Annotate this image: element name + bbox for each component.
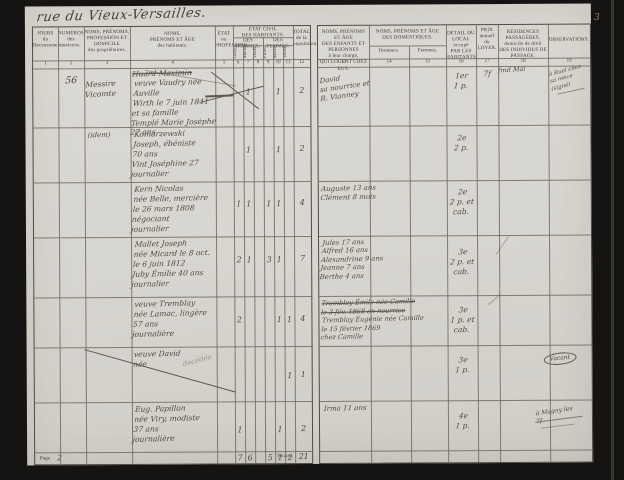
grid-line [320,345,592,347]
street-title: rue du Vieux-Versailles. [35,5,207,27]
left-table: JOURS du Recensement. NUMÉROS des maison… [32,25,313,465]
civil-cell: 3 [264,255,274,264]
col-digit: 9 [263,60,273,65]
grid-line [476,25,479,462]
observation-entry: à Magny les 7f [536,403,587,426]
row-total: 4 [294,198,311,207]
row-total: 7 [294,254,311,263]
lodging-detail: 4e 1 p. [447,411,479,432]
civil-total-cell: 5 [265,453,275,462]
grid-line [319,180,591,182]
civil-cell: 1 [273,87,283,96]
row-total: 1 [295,370,312,379]
col-header-domestiques: NOMS, PRÉNOMS ET ÂGE DES DOMESTIQUES. [369,29,446,42]
grid-line [318,125,590,127]
col-header-filles: Filles. [263,45,273,58]
occupant-entry: Komarzewski Joseph, ébéniste 70 ans Vint… [131,127,227,179]
owner-entry: (idem) [87,131,111,141]
lodging-detail: 3e 1 p. [447,355,479,376]
civil-cell: 2 [234,255,244,264]
grid-line [58,27,61,464]
civil-cell: 1 [274,315,284,324]
col-digit: 7 [243,60,253,65]
col-digit: 16 [446,59,476,64]
children-entry: Tremblay Eugénie née Camille le 15 févri… [320,313,462,342]
civil-cell: 1 [244,145,254,154]
col-digit: 1 [33,61,58,66]
children-entry: Auguste 13 ans Clément 8 mois [320,182,432,203]
civil-cell: 1 [264,199,274,208]
col-digit: 12 [293,60,310,65]
col-header-veufs: Veufs. [253,45,263,58]
grid-line [318,66,590,68]
occupant-entry: Mallet Joseph née Micard le 8 oct. le 6 … [131,237,227,289]
row-total: 4 [294,314,311,323]
lodging-detail: 2e 2 p. et cab. [446,187,478,217]
civil-cell: 2 [234,315,244,324]
civil-cell: 1 [244,255,254,264]
civil-cell: 1 [275,425,285,434]
grand-total: 21 [295,452,312,461]
col-header-jours: JOURS du Recensement. [33,31,58,49]
house-number: 56 [60,75,83,88]
children-entry: Jules 17 ans Alfred 16 ans Alexandrine 9… [319,236,433,281]
grid-line [320,450,592,452]
col-digit: 6 [233,60,243,65]
lodging-detail: 1er 1 p. [445,71,477,92]
lodging-detail: 3e 2 p. et cab. [446,247,478,277]
col-digit: 3 [84,61,130,66]
civil-cell: 1 [274,255,284,264]
civil-total-cell: 1 [275,453,285,462]
civil-cell: 1 [285,371,295,380]
civil-cell: 1 [284,315,294,324]
scan-edge [611,0,614,480]
col-header-local: DÉTAIL DU LOCAL occupé PAR LES HABITANTS… [446,31,476,62]
civil-cell: 1 [274,145,284,154]
col-header-residences: RÉSIDENCES PASSAGÈRES, domicile de droit… [498,30,548,61]
col-header-veuves: Veuves. [283,45,293,58]
owner-entry: Messire Vicomte [85,78,130,100]
col-header-habitants: NOMS, PRÉNOMS ET ÂGE des habitants. [130,31,215,50]
col-digit: 13 [318,60,369,65]
col-header-mariees: Mariées. [273,45,283,58]
occupant-entry: Kern Nicolas née Belle, mercière le 26 m… [131,182,227,234]
col-header-proprietaires: NOMS, PRÉNOMS, PROFESSION ET DOMICILE de… [84,30,130,55]
col-digit: 15 [409,59,446,64]
lodging-detail: 3e 1 p. et cab. [446,305,478,335]
col-header-total: TOTAL de la population. [293,30,310,48]
col-digit: 4 [130,60,215,65]
col-digit: 2 [58,61,84,66]
col-digit: 10 [273,60,283,65]
right-table: NOMS, PRÉNOMS ET ÂGE DES ENFANTS ET PERS… [317,24,593,464]
col-header-dom-femmes: Femmes. [409,48,446,54]
page-label: Page [37,456,53,462]
civil-total-cell: 6 [245,453,255,462]
row-total: 2 [295,424,312,433]
civil-total-cell: 7 [235,453,245,462]
lodging-detail: 2e 2 p. [446,133,478,154]
occupant-entry: Eug. Papillon née Viry, modiste 37 ans j… [132,402,227,444]
col-header-etat: ÉTAT ou PROFESSION. [215,31,233,49]
vacant-note: Vacant [543,351,577,366]
grid-line [369,45,446,46]
grid-line [319,235,591,237]
row-total: 2 [294,144,311,153]
col-header-maries: Mariés. [243,45,253,58]
col-digit: 17 [476,59,498,64]
corner-page-number: 3 [594,13,600,23]
grid-line [498,25,501,462]
col-header-numeros: NUMÉROS des maisons. [58,31,84,49]
col-header-dom-hommes: Hommes. [369,48,409,54]
grid-line [263,37,266,463]
col-digit: 11 [283,60,293,65]
civil-cell: 1 [235,425,245,434]
civil-cell: 1 [274,199,284,208]
row-total: 2 [293,86,310,95]
col-digit: 14 [369,59,409,64]
rent-price: 7f [476,69,499,79]
col-digit: 5 [215,60,233,65]
col-header-prix: PRIX annuel du LOYER. [476,28,498,52]
civil-cell: 1 [234,199,244,208]
grid-line [320,400,592,402]
occupant-entry: veuve Tremblay née Lamac, lingère 57 ans… [132,297,227,339]
col-header-observations: OBSERVATIONS. [548,38,590,44]
census-page: rue du Vieux-Versailles. JOURS du Recens… [25,4,593,466]
col-header-garcons: Garçons. [233,45,243,58]
children-entry: Irma 11 ans [323,403,414,415]
civil-total-cell: 2 [285,453,295,462]
col-digit: 8 [253,60,263,65]
civil-cell: 1 [244,199,254,208]
